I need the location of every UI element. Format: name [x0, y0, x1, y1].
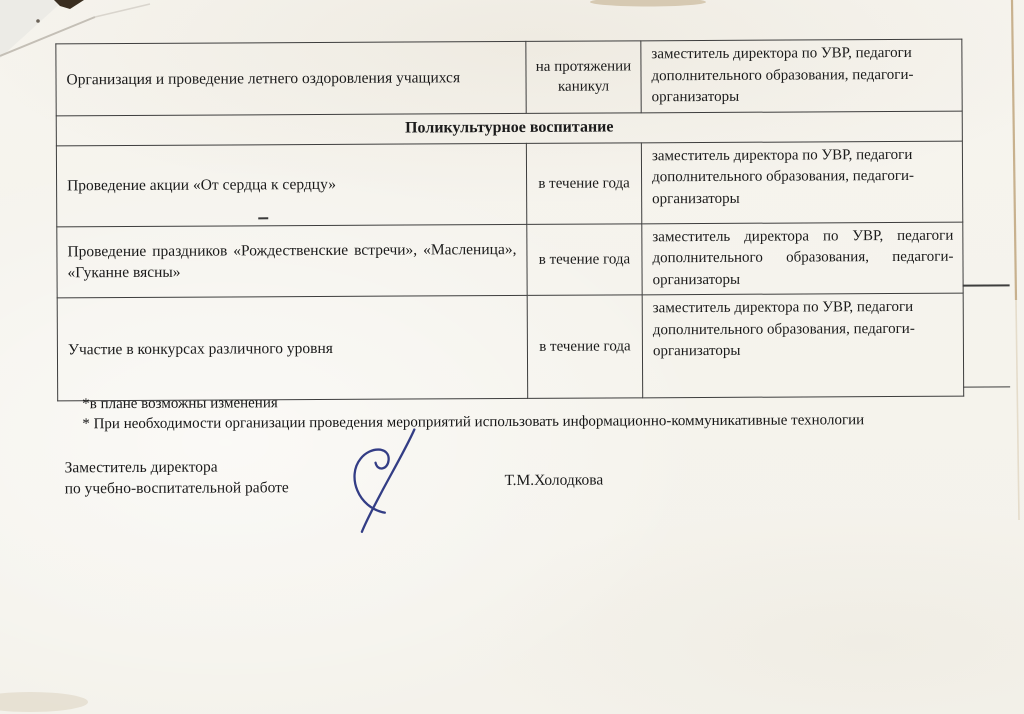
signer-title: Заместитель директора по учебно-воспитат… — [65, 457, 289, 499]
responsible-cell: заместитель директора по УВР, педагоги д… — [642, 222, 963, 295]
table-edge-extension-line — [963, 284, 1010, 286]
timing-cell: в течение года — [527, 223, 642, 295]
table-row: Организация и проведение летнего оздоров… — [56, 39, 962, 115]
scanned-page: Организация и проведение летнего оздоров… — [0, 0, 1024, 714]
footnote-line: * При необходимости организации проведен… — [82, 411, 864, 435]
responsible-cell: заместитель директора по УВР, педагоги д… — [641, 39, 962, 112]
signer-title-line: по учебно-воспитательной работе — [65, 478, 289, 500]
timing-cell: в течение года — [526, 142, 641, 224]
table-row: Участие в конкурсах различного уровня в … — [57, 293, 964, 401]
responsible-cell: заместитель директора по УВР, педагоги д… — [641, 141, 962, 224]
paper-sheet: Организация и проведение летнего оздоров… — [0, 0, 1024, 714]
footnotes: *в плане возможны изменения * При необхо… — [82, 391, 864, 434]
signer-name: Т.М.Холодкова — [505, 472, 604, 491]
table-row: Проведение праздников «Рождественские вс… — [57, 222, 963, 298]
table-row: Проведение акции «От сердца к сердцу» в … — [56, 141, 962, 227]
responsible-cell: заместитель директора по УВР, педагоги д… — [642, 293, 964, 398]
activity-cell: Организация и проведение летнего оздоров… — [56, 41, 526, 115]
section-header-row: Поликультурное воспитание — [56, 111, 962, 146]
stray-pen-dash — [258, 217, 268, 219]
timing-cell: в течение года — [527, 295, 643, 399]
table-edge-extension-line — [963, 386, 1010, 388]
timing-cell: на протяжении каникул — [526, 41, 641, 113]
activity-cell: Проведение праздников «Рождественские вс… — [57, 224, 527, 298]
signer-title-line: Заместитель директора — [65, 457, 289, 479]
activity-cell: Участие в конкурсах различного уровня — [57, 295, 528, 400]
activity-cell: Проведение акции «От сердца к сердцу» — [56, 143, 526, 226]
handwritten-signature — [310, 428, 441, 539]
section-header: Поликультурное воспитание — [56, 111, 962, 146]
activity-plan-table: Организация и проведение летнего оздоров… — [55, 39, 964, 402]
